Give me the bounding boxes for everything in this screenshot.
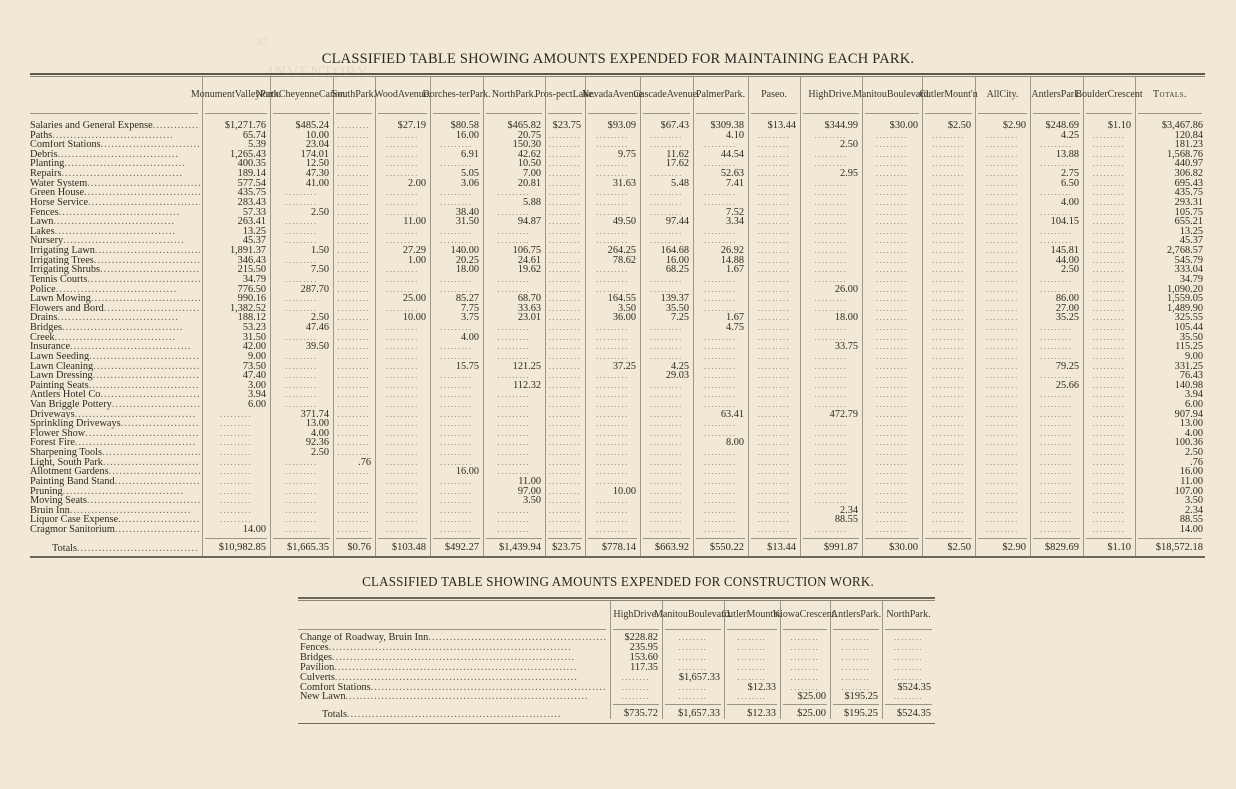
empty-cell: .........	[802, 304, 860, 314]
empty-cell: .........	[547, 169, 583, 179]
empty-cell: .........	[377, 419, 428, 429]
empty-cell: ........	[612, 683, 660, 693]
empty-cell: .........	[587, 236, 638, 246]
empty-cell: .........	[485, 275, 543, 285]
empty-cell: .........	[547, 294, 583, 304]
amount-cell: 5.48	[642, 179, 689, 189]
empty-cell: .........	[864, 198, 920, 208]
empty-cell: .........	[485, 448, 543, 458]
empty-cell: .........	[272, 217, 331, 227]
empty-cell: .........	[377, 208, 428, 218]
amount-cell: 79.25	[1032, 362, 1079, 372]
empty-cell: .........	[547, 217, 583, 227]
amount-cell: 26.92	[695, 246, 744, 256]
row-label: Liquor Case Expense.....................…	[30, 515, 200, 525]
empty-cell: .........	[335, 159, 373, 169]
empty-cell: .........	[924, 169, 973, 179]
row-label: Bridges.................................…	[30, 323, 200, 333]
row-total: 115.25	[1140, 342, 1203, 352]
empty-cell: .........	[1085, 294, 1133, 304]
column-header: NorthCheyenneCañon.	[270, 78, 333, 112]
totals-overline	[336, 538, 372, 539]
empty-cell: .........	[864, 487, 920, 497]
empty-cell: .........	[272, 487, 331, 497]
empty-cell: .........	[335, 275, 373, 285]
amount-cell: 20.25	[432, 256, 479, 266]
empty-cell: .........	[204, 410, 268, 420]
amount-cell: 117.35	[612, 663, 658, 673]
empty-cell: .........	[547, 419, 583, 429]
empty-cell: .........	[924, 477, 973, 487]
empty-cell: .........	[1085, 208, 1133, 218]
empty-cell: .........	[1085, 265, 1133, 275]
empty-cell: .........	[547, 198, 583, 208]
empty-cell: .........	[802, 496, 860, 506]
empty-cell: .........	[642, 419, 691, 429]
empty-cell: .........	[547, 275, 583, 285]
empty-cell: .........	[377, 362, 428, 372]
empty-cell: .........	[750, 458, 798, 468]
empty-cell: .........	[432, 458, 481, 468]
empty-cell: .........	[864, 188, 920, 198]
top-rule	[30, 73, 1205, 75]
amount-cell: 1.67	[695, 265, 744, 275]
empty-cell: .........	[695, 275, 746, 285]
empty-cell: .........	[547, 140, 583, 150]
empty-cell: .........	[695, 333, 746, 343]
empty-cell: .........	[1032, 496, 1081, 506]
empty-cell: .........	[750, 198, 798, 208]
amount-cell: 6.91	[432, 150, 479, 160]
empty-cell: .........	[642, 285, 691, 295]
empty-cell: .........	[750, 342, 798, 352]
amount-cell: $23.75	[547, 121, 581, 131]
totals-overline	[1138, 538, 1202, 539]
empty-cell: .........	[204, 467, 268, 477]
empty-cell: .........	[924, 400, 973, 410]
column-divider	[333, 77, 334, 558]
empty-cell: .........	[695, 140, 746, 150]
empty-cell: .........	[977, 362, 1028, 372]
totals-overline	[548, 538, 582, 539]
column-total: $13.44	[750, 542, 796, 553]
empty-cell: .........	[1085, 400, 1133, 410]
empty-cell: ........	[726, 633, 778, 643]
empty-cell: .........	[272, 236, 331, 246]
empty-cell: ........	[664, 653, 722, 663]
amount-cell: 39.50	[272, 342, 329, 352]
empty-cell: .........	[864, 506, 920, 516]
column-header: ManitouBoulevard.	[662, 603, 724, 627]
empty-cell: .........	[802, 236, 860, 246]
empty-cell: .........	[864, 438, 920, 448]
empty-cell: .........	[977, 217, 1028, 227]
column-header: SouthPark.	[333, 78, 375, 112]
empty-cell: .........	[924, 352, 973, 362]
empty-cell: .........	[642, 381, 691, 391]
amount-cell: 94.87	[485, 217, 541, 227]
amount-cell: 13.88	[1032, 150, 1079, 160]
empty-cell: .........	[802, 179, 860, 189]
empty-cell: .........	[204, 515, 268, 525]
empty-cell: .........	[587, 496, 638, 506]
empty-cell: .........	[924, 246, 973, 256]
amount-cell: 68.70	[485, 294, 541, 304]
empty-cell: .........	[1032, 285, 1081, 295]
amount-cell: 189.14	[204, 169, 266, 179]
empty-cell: .........	[587, 458, 638, 468]
empty-cell: .........	[802, 381, 860, 391]
empty-cell: .........	[802, 467, 860, 477]
row-total: 88.55	[1140, 515, 1203, 525]
empty-cell: .........	[924, 371, 973, 381]
empty-cell: .........	[924, 217, 973, 227]
amount-cell: 29.03	[642, 371, 689, 381]
empty-cell: .........	[485, 333, 543, 343]
totals-overline	[833, 704, 879, 705]
empty-cell: .........	[204, 448, 268, 458]
row-label: Lawn Cleaning...........................…	[30, 362, 200, 372]
empty-cell: ........	[612, 673, 660, 683]
empty-cell: .........	[272, 515, 331, 525]
empty-cell: .........	[587, 448, 638, 458]
empty-cell: .........	[377, 131, 428, 141]
amount-cell: 3.34	[695, 217, 744, 227]
empty-cell: .........	[587, 525, 638, 535]
empty-cell: .........	[924, 256, 973, 266]
empty-cell: .........	[1085, 323, 1133, 333]
column-total: $1,657.33	[664, 708, 720, 719]
row-label: Irrigating Lawn.........................…	[30, 246, 200, 256]
empty-cell: .........	[547, 150, 583, 160]
empty-cell: .........	[377, 236, 428, 246]
row-label: Lawn..................................	[30, 217, 200, 227]
empty-cell: .........	[977, 140, 1028, 150]
amount-cell: 13.25	[204, 227, 266, 237]
row-label: Irrigating Trees........................…	[30, 256, 200, 266]
empty-cell: .........	[864, 159, 920, 169]
row-label: Irrigating Shrubs.......................…	[30, 265, 200, 275]
amount-cell: 16.00	[432, 131, 479, 141]
empty-cell: .........	[802, 458, 860, 468]
row-total: 13.25	[1140, 227, 1203, 237]
amount-cell: 1,265.43	[204, 150, 266, 160]
row-label: Horse Service...........................…	[30, 198, 200, 208]
amount-cell: $2.50	[924, 121, 971, 131]
empty-cell: .........	[802, 227, 860, 237]
empty-cell: .........	[335, 419, 373, 429]
amount-cell: 164.55	[587, 294, 636, 304]
amount-cell: 45.37	[204, 236, 266, 246]
column-header-line: North	[256, 90, 279, 101]
totals-overline	[751, 538, 797, 539]
row-total: 435.75	[1140, 188, 1203, 198]
empty-cell: .........	[547, 342, 583, 352]
empty-cell: .........	[587, 285, 638, 295]
empty-cell: .........	[1085, 169, 1133, 179]
row-total: .76	[1140, 458, 1203, 468]
amount-cell: 3.50	[485, 496, 541, 506]
construction-table-title: CLASSIFIED TABLE SHOWING AMOUNTS EXPENDE…	[0, 574, 1236, 591]
column-total: $10,982.85	[204, 542, 266, 553]
totals-overline	[978, 538, 1027, 539]
empty-cell: .........	[977, 487, 1028, 497]
column-total: $663.92	[642, 542, 689, 553]
empty-cell: .........	[802, 352, 860, 362]
column-header-line: Pros-	[535, 90, 556, 101]
column-header-line: pect	[556, 90, 573, 101]
amount-cell: $1,657.33	[664, 673, 720, 683]
amount-cell: 435.75	[204, 188, 266, 198]
empty-cell: .........	[977, 179, 1028, 189]
empty-cell: .........	[864, 169, 920, 179]
amount-cell: 20.81	[485, 179, 541, 189]
empty-cell: .........	[924, 313, 973, 323]
empty-cell: .........	[642, 506, 691, 516]
amount-cell: 3.00	[204, 381, 266, 391]
column-header: CutlerMount'n	[922, 78, 975, 112]
empty-cell: .........	[924, 198, 973, 208]
amount-cell: 12.50	[272, 159, 329, 169]
empty-cell: .........	[587, 400, 638, 410]
amount-cell: 150.30	[485, 140, 541, 150]
amount-cell: 44.00	[1032, 256, 1079, 266]
empty-cell: .........	[335, 265, 373, 275]
amount-cell: 400.35	[204, 159, 266, 169]
empty-cell: .........	[802, 429, 860, 439]
empty-cell: .........	[802, 188, 860, 198]
empty-cell: .........	[335, 525, 373, 535]
column-divider	[862, 77, 863, 558]
empty-cell: .........	[432, 390, 481, 400]
empty-cell: .........	[1032, 525, 1081, 535]
amount-cell: 57.33	[204, 208, 266, 218]
empty-cell: .........	[864, 140, 920, 150]
empty-cell: .........	[272, 294, 331, 304]
row-total: 545.79	[1140, 256, 1203, 266]
empty-cell: .........	[1032, 448, 1081, 458]
empty-cell: .........	[1032, 438, 1081, 448]
empty-cell: .........	[547, 246, 583, 256]
header-underline	[298, 629, 606, 630]
amount-cell: 15.75	[432, 362, 479, 372]
empty-cell: .........	[335, 506, 373, 516]
empty-cell: .........	[977, 525, 1028, 535]
empty-cell: .........	[377, 352, 428, 362]
empty-cell: .........	[642, 400, 691, 410]
totals-overline	[433, 538, 480, 539]
grand-total: $18,572.18	[1140, 542, 1203, 553]
empty-cell: .........	[750, 208, 798, 218]
column-header: BoulderCrescent	[1083, 78, 1135, 112]
empty-cell: .........	[642, 525, 691, 535]
empty-cell: .........	[864, 150, 920, 160]
column-divider	[800, 77, 801, 558]
row-label: Repairs.................................…	[30, 169, 200, 179]
amount-cell: 4.25	[642, 362, 689, 372]
row-total: 655.21	[1140, 217, 1203, 227]
row-label: Lakes..................................	[30, 227, 200, 237]
amount-cell: $248.69	[1032, 121, 1079, 131]
empty-cell: .........	[1085, 515, 1133, 525]
empty-cell: .........	[977, 333, 1028, 343]
amount-cell: 38.40	[432, 208, 479, 218]
empty-cell: .........	[977, 208, 1028, 218]
empty-cell: .........	[1085, 285, 1133, 295]
empty-cell: .........	[335, 188, 373, 198]
column-header-line: Cheyenne	[279, 90, 319, 101]
amount-cell: 1.67	[695, 313, 744, 323]
column-divider	[975, 77, 976, 558]
empty-cell: .........	[272, 227, 331, 237]
empty-cell: .........	[377, 448, 428, 458]
empty-cell: .........	[272, 467, 331, 477]
amount-cell: 33.63	[485, 304, 541, 314]
empty-cell: .........	[587, 381, 638, 391]
row-label: Driveways...............................…	[30, 410, 200, 420]
row-label: Flowers and Bord........................…	[30, 304, 200, 314]
amount-cell: $2.90	[977, 121, 1026, 131]
empty-cell: .........	[1085, 198, 1133, 208]
amount-cell: 2.34	[802, 506, 858, 516]
empty-cell: .........	[204, 429, 268, 439]
empty-cell: .........	[377, 438, 428, 448]
empty-cell: .........	[204, 477, 268, 487]
amount-cell: 42.62	[485, 150, 541, 160]
amount-cell: 31.50	[432, 217, 479, 227]
row-label: Forest Fire.............................…	[30, 438, 200, 448]
empty-cell: .........	[1032, 477, 1081, 487]
totals-overline	[273, 538, 330, 539]
empty-cell: ........	[726, 643, 778, 653]
amount-cell: 4.10	[695, 131, 744, 141]
header-underline	[978, 113, 1027, 114]
empty-cell: .........	[750, 487, 798, 497]
row-total: 440.97	[1140, 159, 1203, 169]
empty-cell: .........	[642, 410, 691, 420]
empty-cell: .........	[1085, 506, 1133, 516]
row-total: 16.00	[1140, 467, 1203, 477]
amount-cell: 97.44	[642, 217, 689, 227]
empty-cell: .........	[750, 362, 798, 372]
empty-cell: ........	[726, 663, 778, 673]
column-divider	[748, 77, 749, 558]
empty-cell: .........	[1085, 333, 1133, 343]
empty-cell: .........	[272, 381, 331, 391]
empty-cell: .........	[642, 342, 691, 352]
amount-cell: 41.00	[272, 179, 329, 189]
row-label: Police..................................	[30, 285, 200, 295]
amount-cell: 63.41	[695, 410, 744, 420]
empty-cell: ........	[782, 653, 828, 663]
empty-cell: .........	[432, 477, 481, 487]
amount-cell: 235.95	[612, 643, 658, 653]
row-label: Lawn Mowing.............................…	[30, 294, 200, 304]
empty-cell: .........	[802, 419, 860, 429]
empty-cell: .........	[335, 246, 373, 256]
empty-cell: .........	[864, 236, 920, 246]
empty-cell: .........	[802, 294, 860, 304]
empty-cell: .........	[977, 352, 1028, 362]
empty-cell: .........	[587, 275, 638, 285]
empty-cell: ........	[664, 663, 722, 673]
empty-cell: .........	[924, 236, 973, 246]
empty-cell: .........	[587, 265, 638, 275]
empty-cell: .........	[432, 419, 481, 429]
empty-cell: .........	[977, 390, 1028, 400]
row-total: $3,467.86	[1140, 121, 1203, 131]
header-underline	[1138, 113, 1202, 114]
row-label: Lawn Dressing...........................…	[30, 371, 200, 381]
header-underline	[273, 113, 330, 114]
empty-cell: .........	[695, 159, 746, 169]
empty-cell: ........	[884, 673, 933, 683]
empty-cell: .........	[335, 333, 373, 343]
empty-cell: .........	[1085, 362, 1133, 372]
amount-cell: 112.32	[485, 381, 541, 391]
empty-cell: .........	[695, 362, 746, 372]
empty-cell: .........	[335, 285, 373, 295]
empty-cell: .........	[864, 246, 920, 256]
empty-cell: .........	[432, 496, 481, 506]
empty-cell: .........	[485, 371, 543, 381]
totals-overline	[665, 704, 721, 705]
empty-cell: .........	[977, 467, 1028, 477]
empty-cell: .........	[547, 448, 583, 458]
empty-cell: .........	[587, 477, 638, 487]
empty-cell: .........	[485, 208, 543, 218]
empty-cell: .........	[1085, 448, 1133, 458]
empty-cell: .........	[1085, 275, 1133, 285]
amount-cell: .76	[335, 458, 371, 468]
empty-cell: .........	[587, 131, 638, 141]
empty-cell: .........	[924, 429, 973, 439]
empty-cell: .........	[335, 256, 373, 266]
empty-cell: .........	[377, 169, 428, 179]
amount-cell: $309.38	[695, 121, 744, 131]
empty-cell: .........	[377, 371, 428, 381]
empty-cell: ........	[782, 673, 828, 683]
empty-cell: ........	[782, 643, 828, 653]
empty-cell: .........	[864, 323, 920, 333]
amount-cell: 92.36	[272, 438, 329, 448]
totals-overline	[613, 704, 659, 705]
empty-cell: .........	[695, 371, 746, 381]
empty-cell: .........	[750, 333, 798, 343]
empty-cell: .........	[377, 140, 428, 150]
empty-cell: ........	[664, 643, 722, 653]
empty-cell: .........	[1032, 506, 1081, 516]
empty-cell: .........	[547, 487, 583, 497]
amount-cell: 88.55	[802, 515, 858, 525]
row-total: 45.37	[1140, 236, 1203, 246]
empty-cell: .........	[485, 506, 543, 516]
amount-cell: 26.00	[802, 285, 858, 295]
empty-cell: .........	[485, 236, 543, 246]
ghost-page-number: 37	[256, 36, 267, 48]
amount-cell: $1,271.76	[204, 121, 266, 131]
empty-cell: .........	[864, 131, 920, 141]
amount-cell: 33.75	[802, 342, 858, 352]
column-header-line: Kiowa	[773, 610, 800, 621]
amount-cell: 27.29	[377, 246, 426, 256]
column-header-line: Dorches-	[422, 90, 459, 101]
row-total: 1,559.05	[1140, 294, 1203, 304]
row-label: Bruin Inn...............................…	[30, 506, 200, 516]
constr-top-rule-thin	[298, 600, 935, 601]
amount-cell: $195.25	[832, 692, 878, 702]
amount-cell: 7.52	[695, 208, 744, 218]
